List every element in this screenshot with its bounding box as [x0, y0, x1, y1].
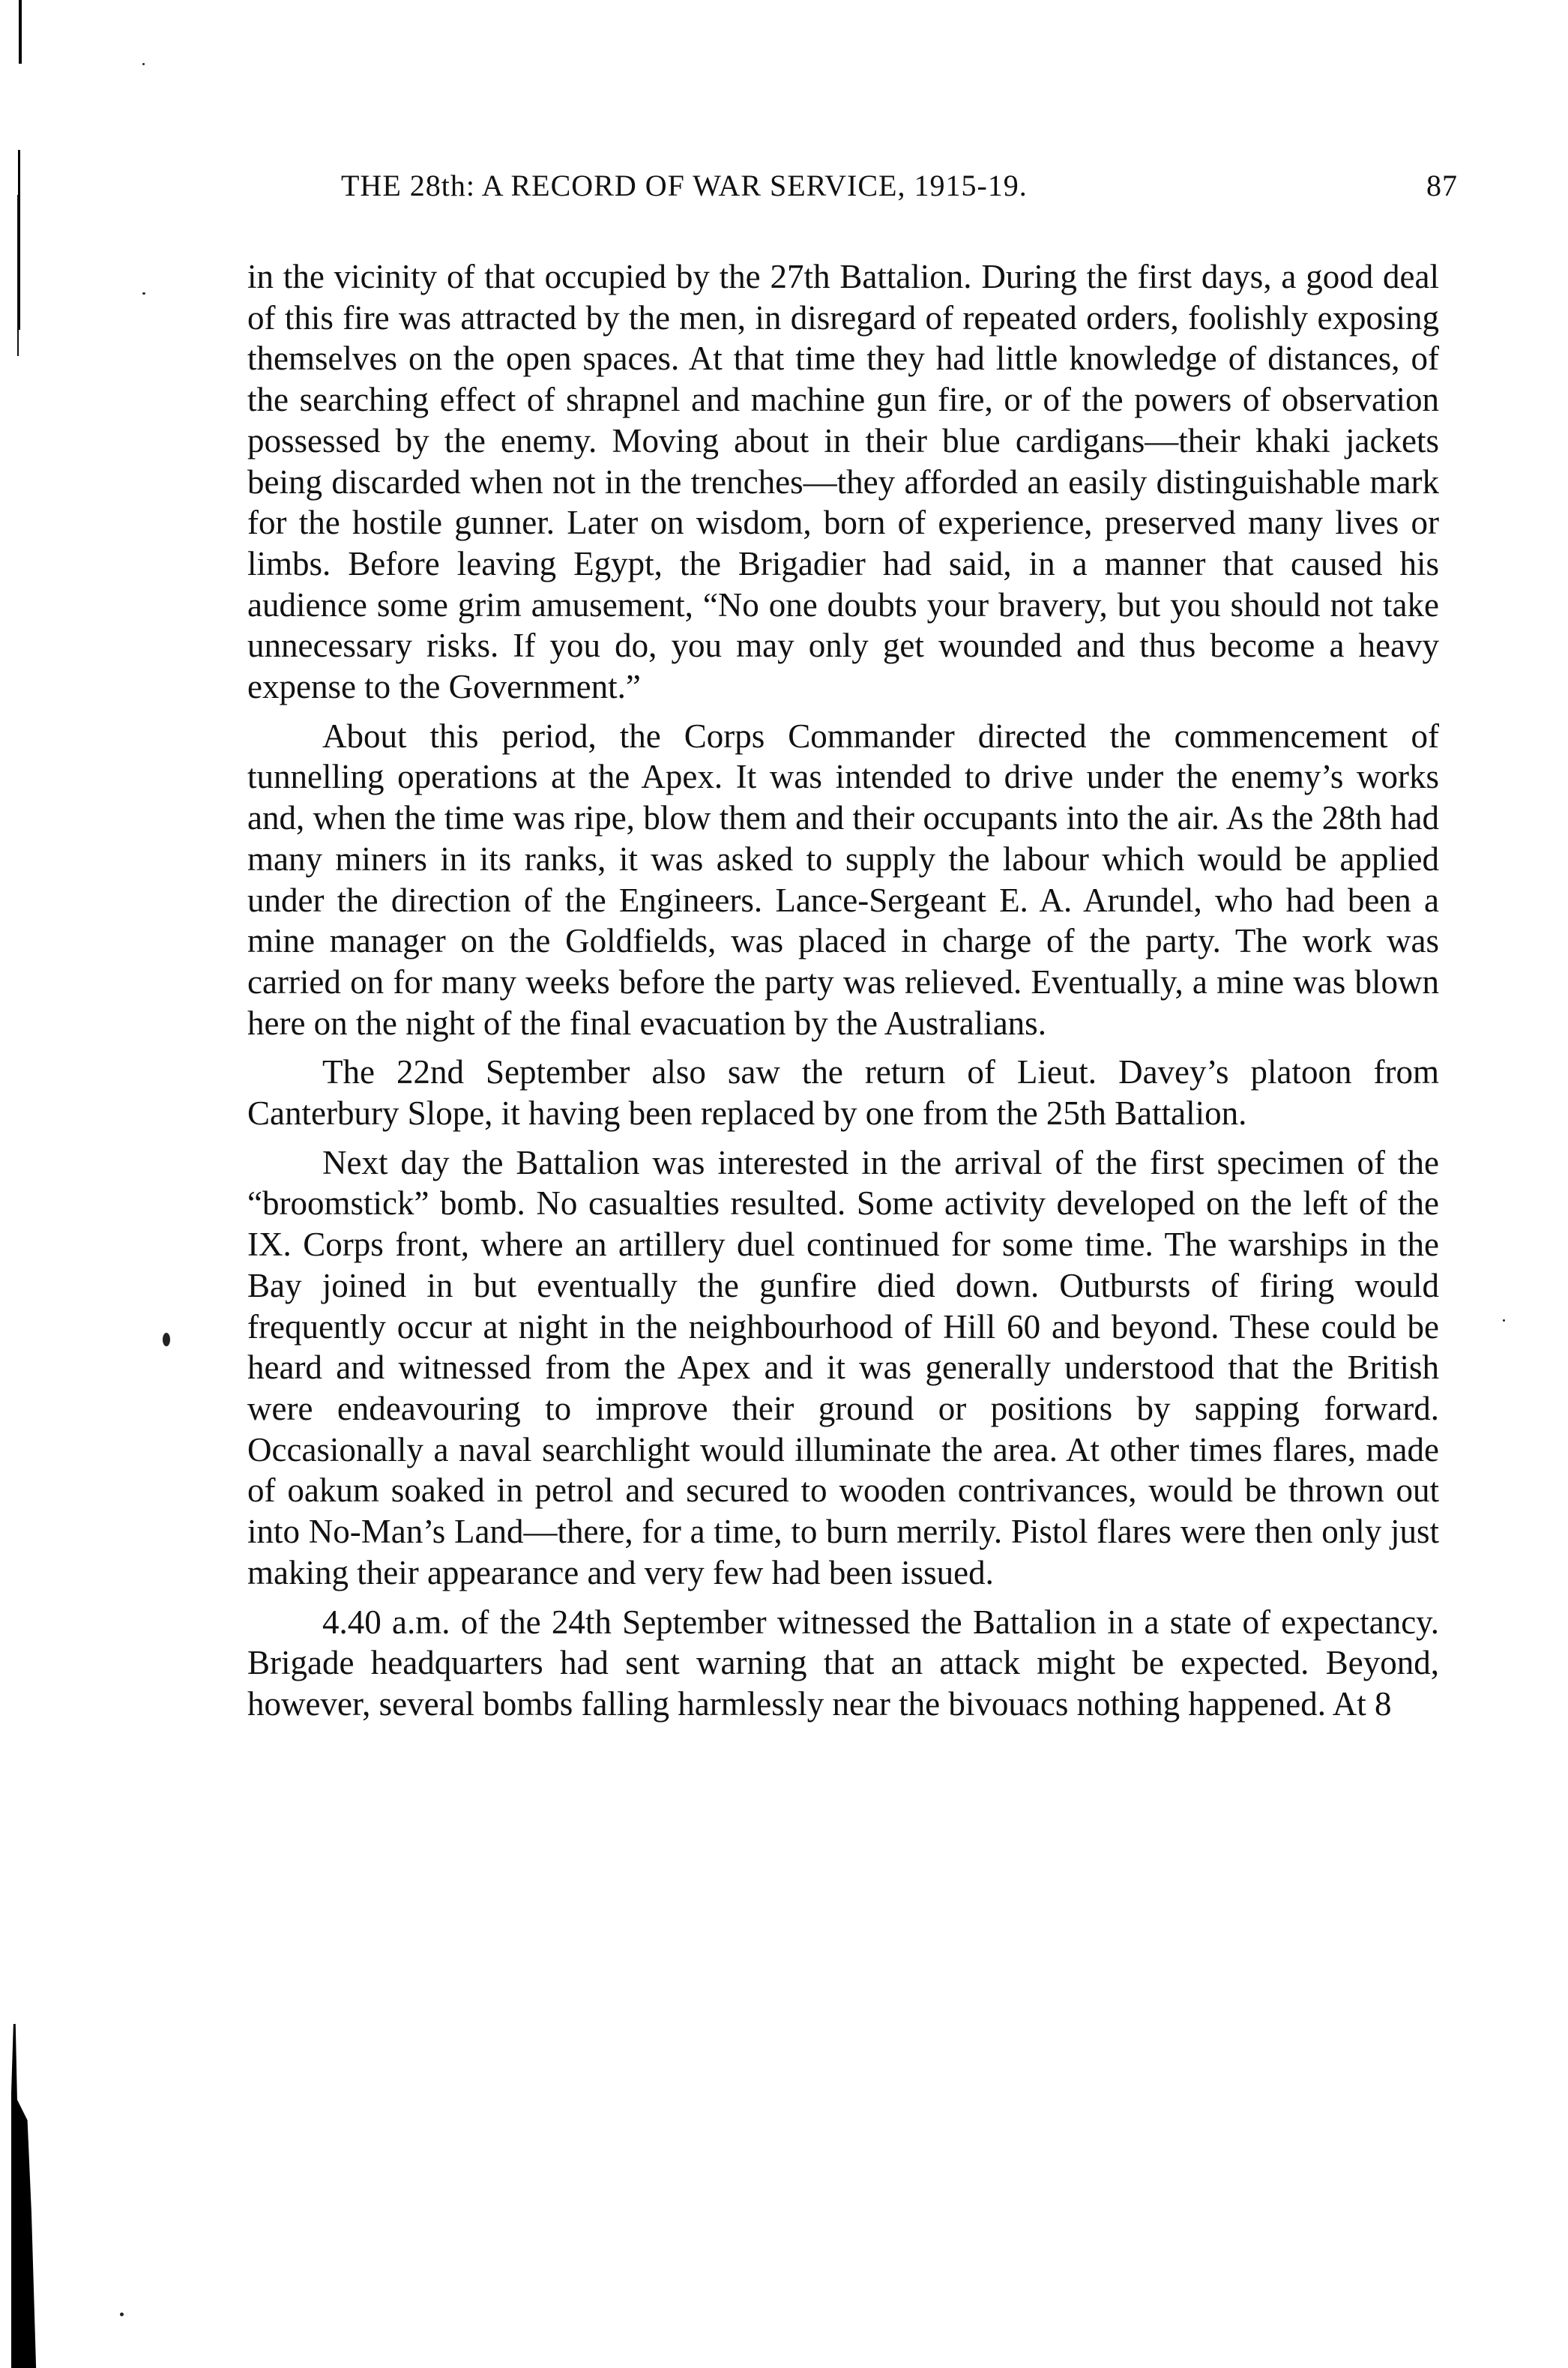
binding-shadow-bar	[11, 2024, 38, 2368]
binding-shadow-line	[17, 195, 19, 356]
running-title: THE 28th: A RECORD OF WAR SERVICE, 1915-…	[341, 168, 1028, 203]
paragraph: About this period, the Corps Commander d…	[247, 716, 1439, 1044]
ink-speck	[142, 63, 145, 65]
body-text: in the vicinity of that occupied by the …	[247, 256, 1439, 1725]
paragraph: The 22nd September also saw the return o…	[247, 1052, 1439, 1133]
paragraph: 4.40 a.m. of the 24th September witnesse…	[247, 1602, 1439, 1725]
ink-speck	[120, 2313, 124, 2316]
book-page: THE 28th: A RECORD OF WAR SERVICE, 1915-…	[0, 0, 1568, 2368]
binding-shadow-line	[19, 0, 22, 64]
ink-speck	[142, 292, 145, 295]
ink-speck	[163, 1333, 170, 1346]
page-number: 87	[1426, 168, 1458, 203]
ink-speck	[1503, 1319, 1505, 1322]
running-header: THE 28th: A RECORD OF WAR SERVICE, 1915-…	[341, 168, 1458, 213]
paragraph: Next day the Battalion was interested in…	[247, 1142, 1439, 1594]
paragraph: in the vicinity of that occupied by the …	[247, 256, 1439, 708]
